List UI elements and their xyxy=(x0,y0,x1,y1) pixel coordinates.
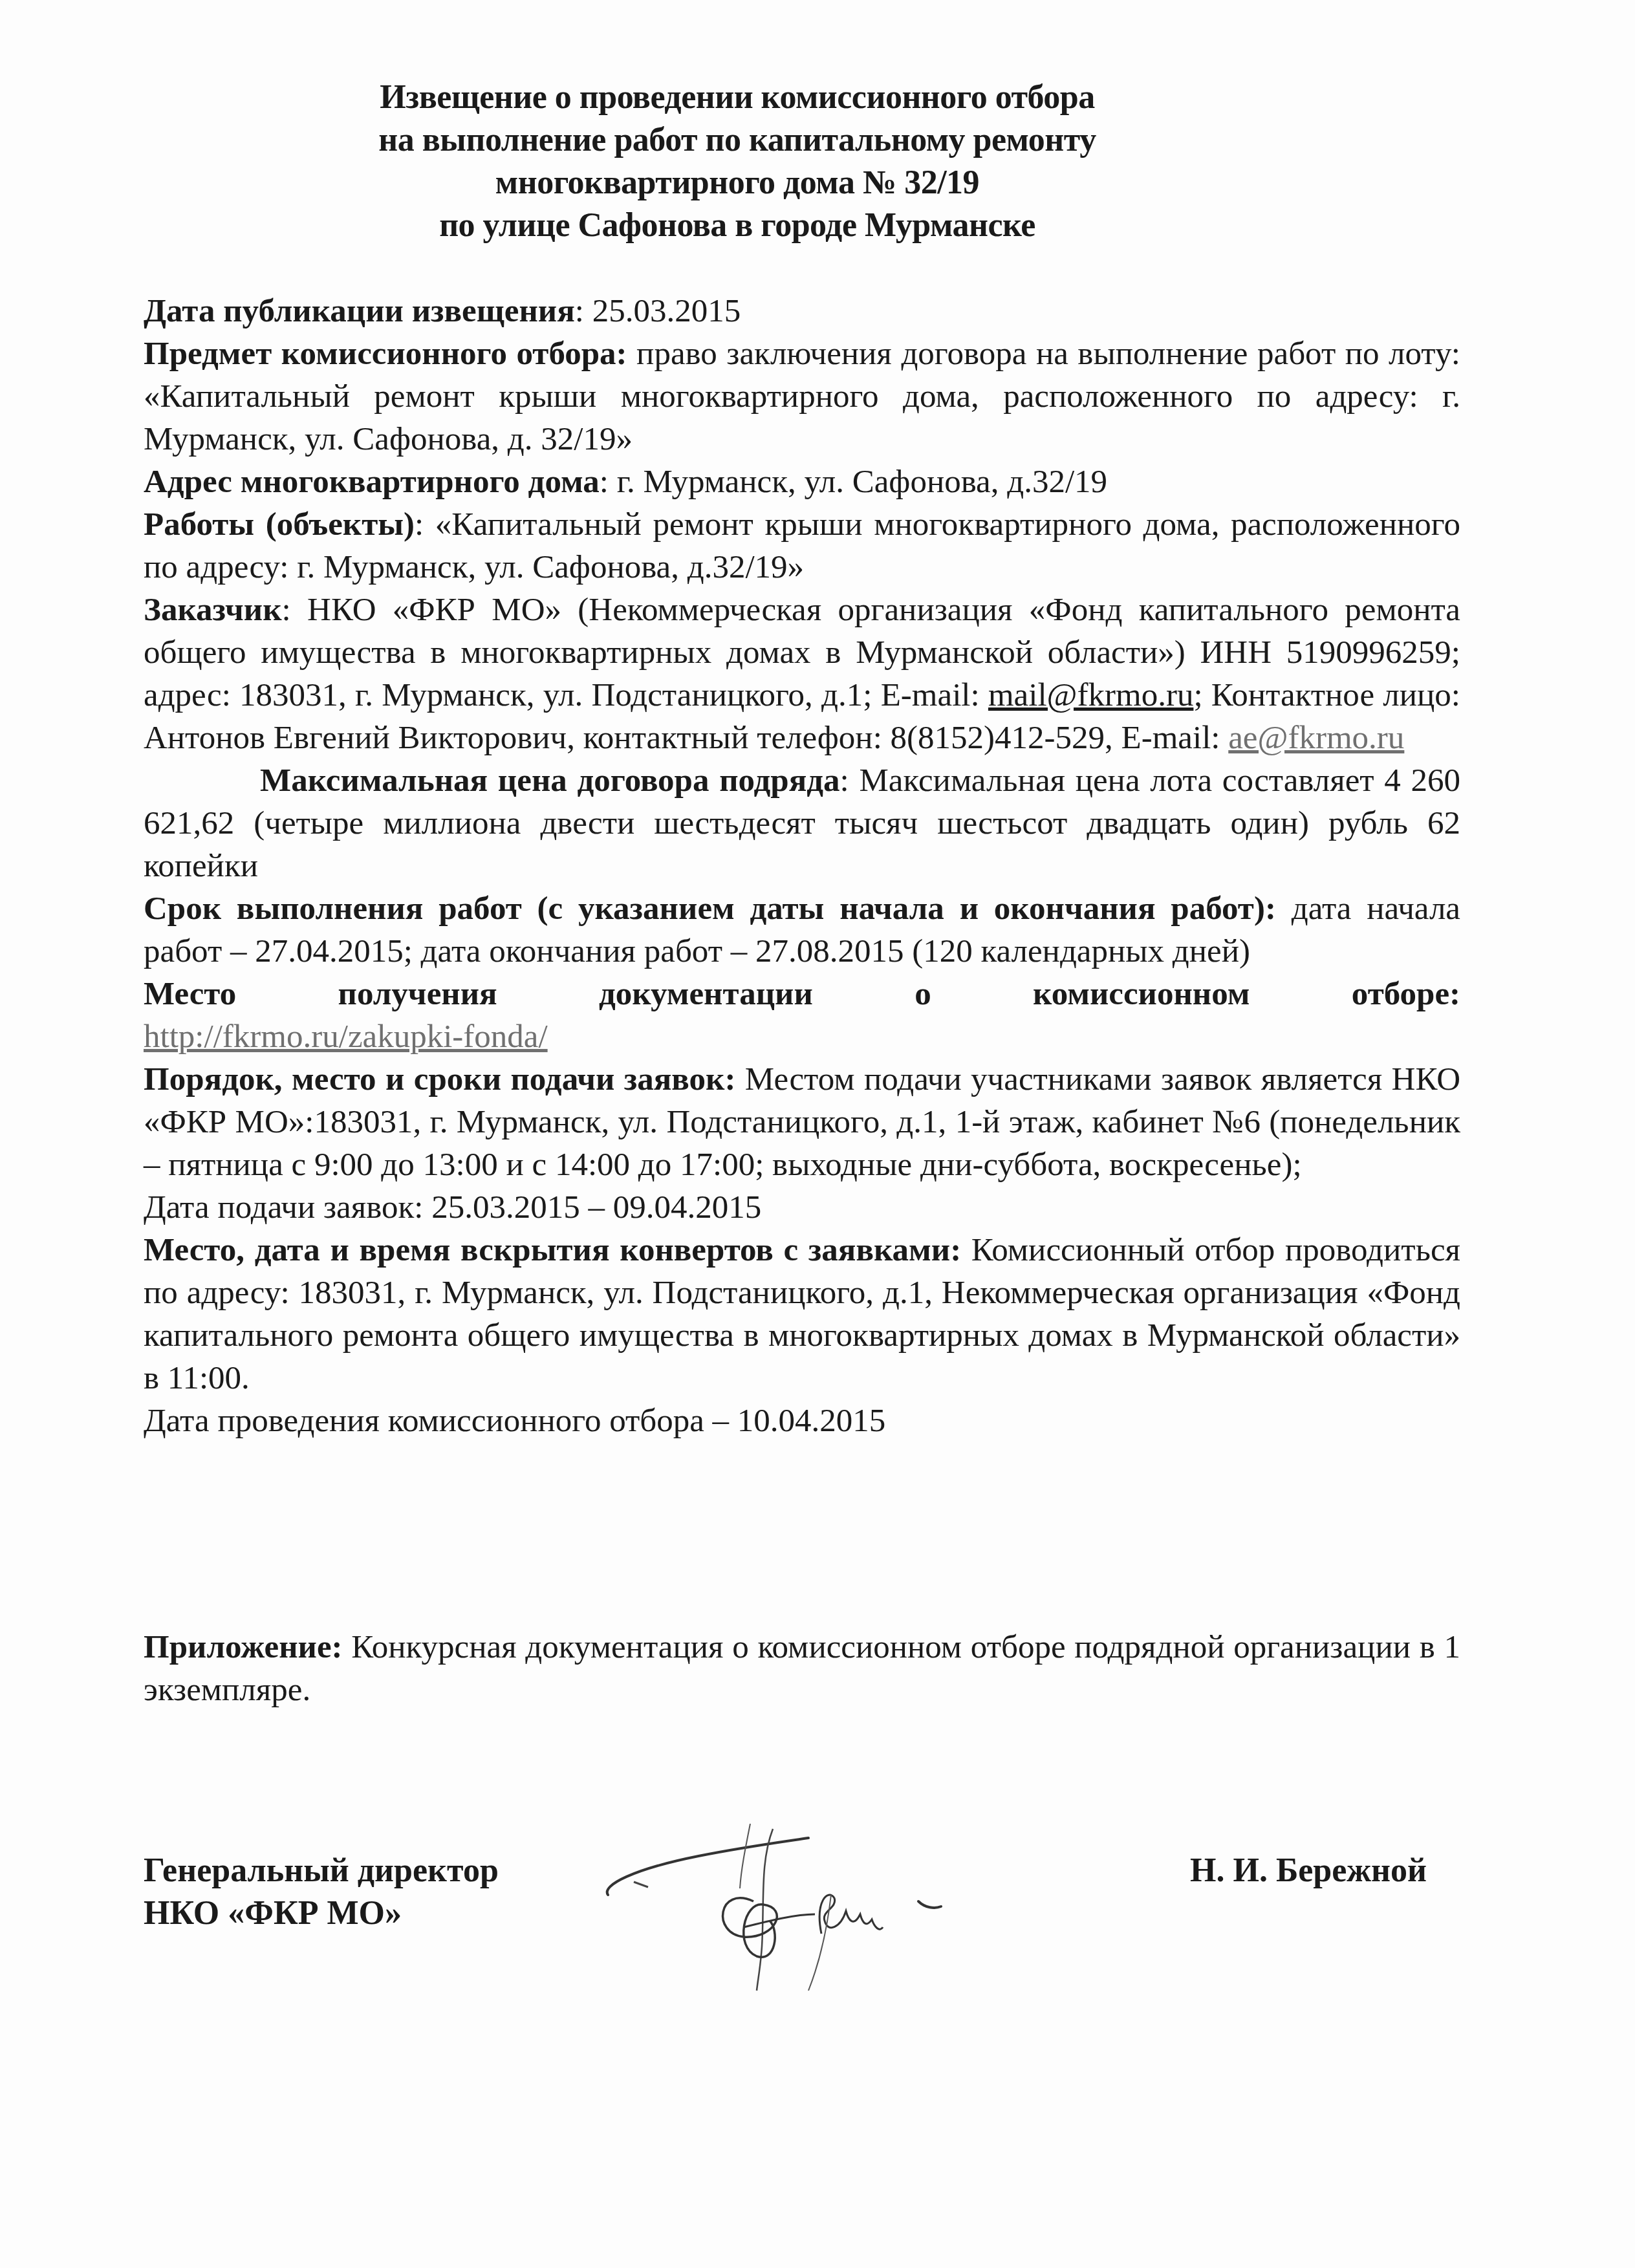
appendix: Приложение: Конкурсная документация о ко… xyxy=(144,1626,1460,1711)
handwritten-signature-icon xyxy=(595,1824,1061,1992)
publication-date-label: Дата публикации извещения xyxy=(144,293,575,329)
title-line-3: многоквартирного дома № 32/19 xyxy=(194,162,1281,204)
works-field: Работы (объекты): «Капитальный ремонт кр… xyxy=(144,503,1460,589)
building-address-field: Адрес многоквартирного дома: г. Мурманск… xyxy=(144,460,1460,503)
selection-date: Дата проведения комиссионного отбора – 1… xyxy=(144,1399,1460,1442)
customer-email-link[interactable]: mail@fkrmo.ru xyxy=(988,677,1193,713)
works-label: Работы (объекты) xyxy=(144,506,415,543)
submission-field: Порядок, место и сроки подачи заявок: Ме… xyxy=(144,1058,1460,1186)
appendix-label: Приложение: xyxy=(144,1629,343,1665)
customer-label: Заказчик xyxy=(144,592,282,628)
docs-location-link[interactable]: http://fkrmo.ru/zakupki-fonda/ xyxy=(144,1019,548,1055)
max-price-label: Максимальная цена договора подряда xyxy=(260,762,840,799)
title-line-2: на выполнение работ по капитальному ремо… xyxy=(194,119,1281,162)
subject-field: Предмет комиссионного отбора: право закл… xyxy=(144,332,1460,460)
max-price-field: Максимальная цена договора подряда: Макс… xyxy=(144,759,1460,887)
opening-field: Место, дата и время вскрытия конвертов с… xyxy=(144,1229,1460,1399)
submission-dates: Дата подачи заявок: 25.03.2015 – 09.04.2… xyxy=(144,1186,1460,1229)
publication-date-value: : 25.03.2015 xyxy=(575,293,741,329)
customer-field: Заказчик: НКО «ФКР МО» (Некоммерческая о… xyxy=(144,589,1460,759)
document-title: Извещение о проведении комиссионного отб… xyxy=(194,76,1281,247)
building-address-value: : г. Мурманск, ул. Сафонова, д.32/19 xyxy=(600,464,1107,500)
opening-label: Место, дата и время вскрытия конвертов с… xyxy=(144,1232,961,1268)
docs-location-field: Место получения документации о комиссион… xyxy=(144,973,1460,1015)
signatory-position: Генеральный директор НКО «ФКР МО» xyxy=(144,1850,499,1935)
submission-label: Порядок, место и сроки подачи заявок: xyxy=(144,1061,735,1097)
title-line-4: по улице Сафонова в городе Мурманске xyxy=(194,204,1281,247)
docs-location-label: Место получения документации о комиссион… xyxy=(144,976,1460,1012)
signatory-position-line-2: НКО «ФКР МО» xyxy=(144,1892,499,1935)
publication-date-field: Дата публикации извещения: 25.03.2015 xyxy=(144,290,1460,332)
docs-location-url-line: http://fkrmo.ru/zakupki-fonda/ xyxy=(144,1015,1460,1058)
signatory-name: Н. И. Бережной xyxy=(1190,1850,1427,1892)
notice-body: Дата публикации извещения: 25.03.2015 Пр… xyxy=(144,290,1460,1442)
title-line-1: Извещение о проведении комиссионного отб… xyxy=(194,76,1281,119)
contact-email-link[interactable]: ae@fkrmo.ru xyxy=(1228,720,1404,756)
signatory-position-line-1: Генеральный директор xyxy=(144,1850,499,1892)
document-page: Извещение о проведении комиссионного отб… xyxy=(0,0,1635,2268)
subject-label: Предмет комиссионного отбора: xyxy=(144,336,627,372)
building-address-label: Адрес многоквартирного дома xyxy=(144,464,600,500)
deadline-label: Срок выполнения работ (с указанием даты … xyxy=(144,891,1276,927)
deadline-field: Срок выполнения работ (с указанием даты … xyxy=(144,887,1460,973)
